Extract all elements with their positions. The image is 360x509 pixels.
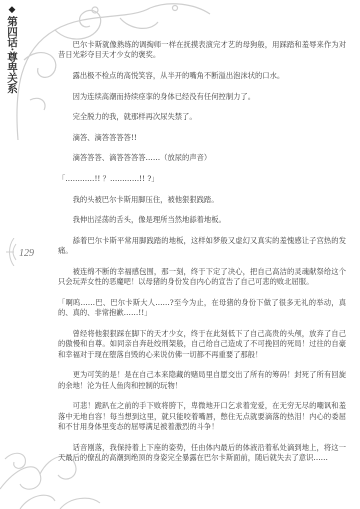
- paragraph: 可悲！跪趴在之前的手下败将胯下，卑微地开口乞求着宠爱，在无穷无尽的嘲讽和羞落中无…: [58, 401, 346, 432]
- page-number: 129: [19, 248, 34, 259]
- dialogue-line: 「…………!! ？…………!! ?」: [58, 174, 346, 184]
- dialogue-line: 「啊呜……巴、巴尔卡斯大人……?至今为止，在母猪的身份下做了很多无礼的举动，真的…: [58, 298, 346, 319]
- paragraph: 更为可笑的是！是在自己本来隐藏的赌局里自愿交出了所有的筹码！封死了所有回旋的余地…: [58, 370, 346, 391]
- paragraph: 完全脱力的我，就那样再次尿失禁了。: [58, 112, 346, 122]
- body-text: 巴尔卡斯就像熟练的调掏师一样在抚摸表演完才艺的母狗般，用踩踏和羞辱来作为对昔日光…: [58, 40, 346, 474]
- paragraph: 话音刚落，我保持着上下座的姿势，任由体内最后的体液沿着私处滴到地上，将这一天最后…: [58, 443, 346, 464]
- paragraph: 曾经将他狠狠踩在脚下的天才少女，终于在此刻低下了自己高贵的头颅，放弃了自己的傲慢…: [58, 329, 346, 360]
- page-flourish-icon: [4, 238, 18, 266]
- paragraph: 巴尔卡斯就像熟练的调掏师一样在抚摸表演完才艺的母狗般，用踩踏和羞辱来作为对昔日光…: [58, 40, 346, 61]
- chapter-heading: ◆ 第四话·尊卑关系: [5, 6, 19, 93]
- diamond-icon: ◆: [9, 6, 16, 15]
- paragraph: 露出极不检点的高悦笑容，从半开的嘴角不断溢出泡沫状的口水。: [58, 71, 346, 81]
- paragraph: 因为连续高潮而持续痉挛的身体已经没有任何控制力了。: [58, 92, 346, 102]
- paragraph: 被连绵不断的幸福感包围，那一刻，终于下定了决心，把自己高洁的灵魂献祭给这个只会玩…: [58, 267, 346, 288]
- paragraph: 我伸出淫荡的舌头，像是理所当然地舔着地板。: [58, 215, 346, 225]
- paragraph: 我的头被巴尔卡斯用脚压住，被他狠狠践踏。: [58, 195, 346, 205]
- chapter-title: 第四话·尊卑关系: [6, 16, 18, 93]
- paragraph: 滴答、滴答答答答!!: [58, 133, 346, 143]
- paragraph: 舔着巴尔卡斯平常用脚践踏的地板，这样如梦般又虚幻又真实的羞愧感让子宫热的发痛。: [58, 236, 346, 257]
- paragraph: 滴答答答、滴答答答答……（放尿的声音）: [58, 153, 346, 163]
